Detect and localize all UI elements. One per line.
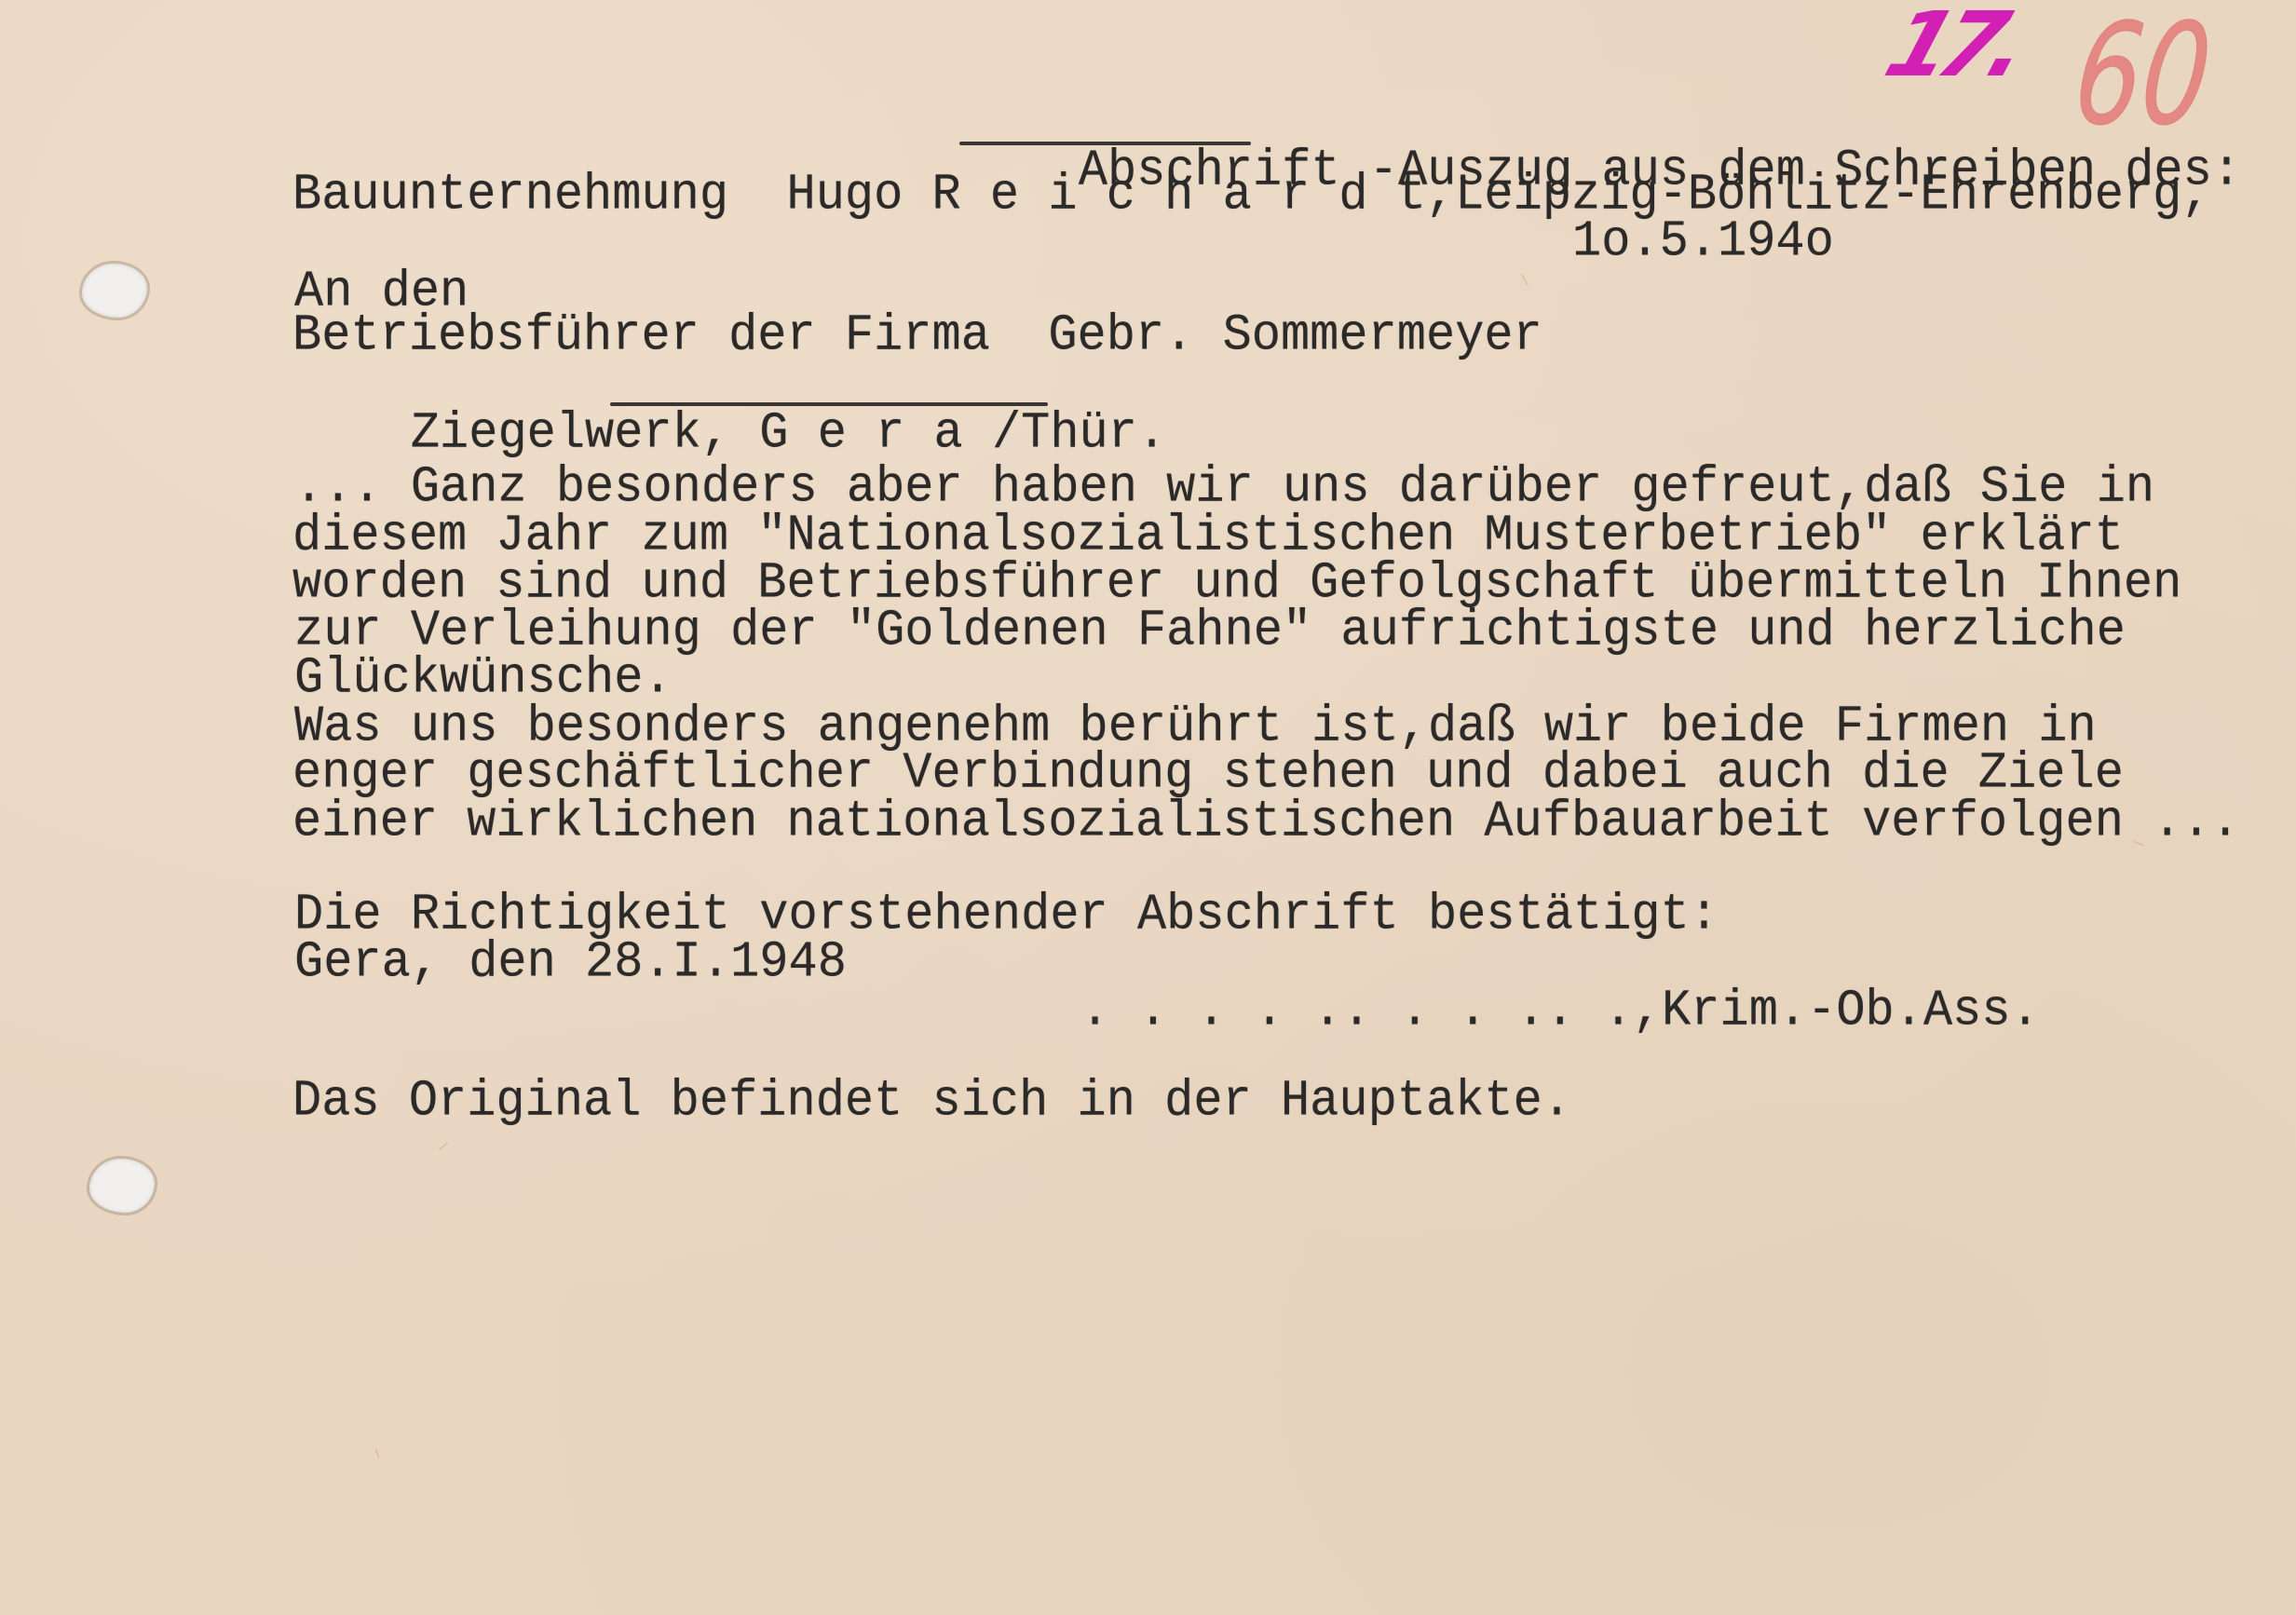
paper-fiber xyxy=(375,1449,379,1459)
heading-underline xyxy=(959,142,1251,145)
paper-fiber xyxy=(1521,274,1528,286)
city-underline xyxy=(610,402,1048,406)
letter-date: 1o.5.194o xyxy=(1572,216,1834,267)
document-page: 17. 60 Abschrift -Auszug aus dem Schreib… xyxy=(0,0,2296,1615)
handwritten-folio-number: 17. xyxy=(1874,0,2032,97)
sender-line: Bauunternehmung Hugo R e i c h a r d t,L… xyxy=(292,170,2211,221)
original-location-note: Das Original befindet sich in der Haupta… xyxy=(292,1076,1571,1127)
certification-place-date: Gera, den 28.I.1948 xyxy=(294,937,847,988)
recipient-ziegelwerk: Ziegelwerk, xyxy=(411,404,730,463)
recipient-line-2: Betriebsführer der Firma Gebr. Sommermey… xyxy=(292,310,1542,361)
signature-line: . . . . .. . . .. .,Krim.-Ob.Ass. xyxy=(1080,985,2040,1037)
punch-hole-top xyxy=(82,264,147,318)
recipient-city: G e r a /Thür. xyxy=(730,404,1166,463)
punch-hole-bottom xyxy=(89,1159,155,1213)
body-line: einer wirklichen nationalsozialistischen… xyxy=(292,796,2240,848)
paper-fiber xyxy=(439,1142,448,1149)
